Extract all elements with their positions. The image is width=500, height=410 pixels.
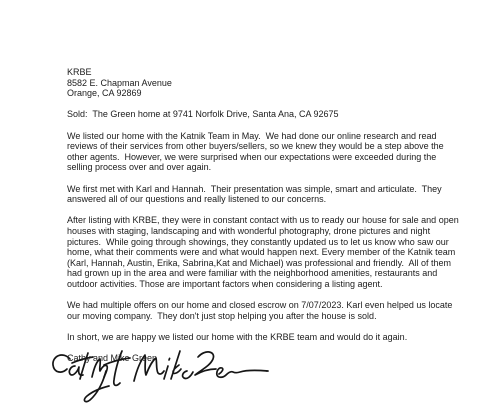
letter-page: KRBE 8582 E. Chapman Avenue Orange, CA 9… <box>0 0 500 410</box>
paragraph-offers-escrow: We had multiple offers on our home and c… <box>67 300 461 321</box>
signature-stroke-mike-i <box>164 358 170 379</box>
paragraph-team-service: After listing with KRBE, they were in co… <box>67 215 461 289</box>
paragraph-first-meeting: We first met with Karl and Hannah. Their… <box>67 184 461 205</box>
sender-address-block: KRBE 8582 E. Chapman Avenue Orange, CA 9… <box>67 67 461 99</box>
paragraph-summary: In short, we are happy we listed our hom… <box>67 332 461 343</box>
signature-stroke-mike-k <box>171 351 181 379</box>
sender-address-line2: Orange, CA 92869 <box>67 88 461 99</box>
signature-stroke-cathy-c <box>53 355 70 372</box>
paragraph-listing-experience: We listed our home with the Katnik Team … <box>67 131 461 173</box>
sender-name: KRBE <box>67 67 461 78</box>
sender-address-line1: 8582 E. Chapman Avenue <box>67 78 461 89</box>
signature-stroke-green-g <box>195 352 216 375</box>
signature-stroke-cathy-y <box>84 371 109 402</box>
signature-stroke-mike-e <box>183 371 193 379</box>
letter-body: KRBE 8582 E. Chapman Avenue Orange, CA 9… <box>67 67 461 364</box>
handwritten-signature-image <box>46 348 274 408</box>
signature-stroke-mike-m <box>134 355 164 381</box>
subject-line: Sold: The Green home at 9741 Norfolk Dri… <box>67 109 461 120</box>
signature-stroke-green-reen-tail <box>217 368 268 377</box>
